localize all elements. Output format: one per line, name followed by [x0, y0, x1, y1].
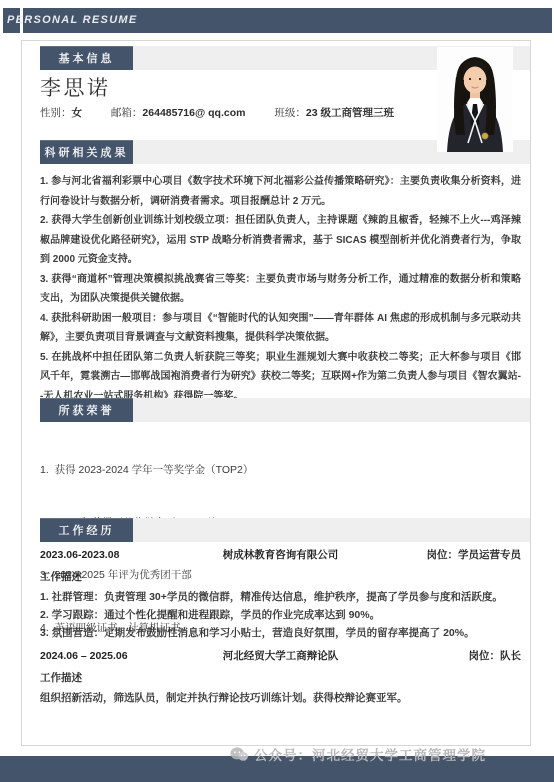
email-value: 264485716@ qq.com [142, 107, 245, 119]
job-details: 组织招新活动，筛选队员，制定并执行辩论技巧训练计划。获得校辩论赛亚军。 [40, 689, 521, 707]
honor-item: 1. 获得 2023-2024 学年一等奖学金（TOP2） [40, 462, 521, 480]
job-detail-item: 1. 社群管理：负责管理 30+学员的微信群，精准传达信息，维护秩序，提高了学员… [40, 588, 521, 606]
email-label: 邮箱： [111, 107, 143, 119]
research-item: 4. 获批科研助困一般项目：参与项目《“智能时代的认知突围”——青年群体 AI … [40, 309, 521, 348]
watermark-text: 公众号：河北经贸大学工商管理学院 [254, 744, 486, 764]
gender-value: 女 [72, 107, 83, 119]
work-experience-block: 2023.06-2023.08 树成林教育咨询有限公司 岗位：学员运营专员 工作… [40, 547, 521, 707]
basic-info-row: 性别：女 邮箱：264485716@ qq.com 班级：23 级工商管理三班 [40, 105, 420, 120]
research-list: 1. 参与河北省福利彩票中心项目《数字技术环境下河北福彩公益传播策略研究》：主要… [40, 172, 521, 406]
section-work-header: 工作经历 [22, 518, 530, 542]
job-period: 2024.06 – 2025.06 [40, 650, 170, 662]
class-field: 班级：23 级工商管理三班 [274, 107, 394, 119]
section-badge-basic-info: 基本信息 [40, 46, 133, 70]
email-field: 邮箱：264485716@ qq.com [111, 107, 246, 119]
watermark: 公众号：河北经贸大学工商管理学院 [230, 744, 486, 764]
job-details: 1. 社群管理：负责管理 30+学员的微信群，精准传达信息，维护秩序，提高了学员… [40, 588, 521, 642]
job-period: 2023.06-2023.08 [40, 549, 170, 561]
job-header-row: 2024.06 – 2025.06 河北经贸大学工商辩论队 岗位：队长 [40, 648, 521, 663]
job-detail-item: 组织招新活动，筛选队员，制定并执行辩论技巧训练计划。获得校辩论赛亚军。 [40, 689, 521, 707]
gender-label: 性别： [40, 107, 72, 119]
banner-title: PERSONAL RESUME [7, 8, 138, 33]
section-badge-work: 工作经历 [40, 518, 133, 542]
research-item: 2. 获得大学生创新创业训练计划校级立项：担任团队负责人，主持课题《辣韵且椒香，… [40, 211, 521, 270]
profile-photo [437, 47, 513, 152]
job-detail-item: 3. 氛围营造：定期发布鼓励性消息和学习小贴士，营造良好氛围，学员的留存率提高了… [40, 624, 521, 642]
section-honors-header: 所获荣誉 [22, 398, 530, 422]
section-badge-research: 科研相关成果 [40, 140, 133, 164]
job-header-row: 2023.06-2023.08 树成林教育咨询有限公司 岗位：学员运营专员 [40, 547, 521, 562]
candidate-name: 李思诺 [40, 72, 111, 102]
job-detail-item: 2. 学习跟踪：通过个性化提醒和进程跟踪，学员的作业完成率达到 90%。 [40, 606, 521, 624]
gender-field: 性别：女 [40, 107, 82, 119]
class-label: 班级： [274, 107, 306, 119]
job-company: 树成林教育咨询有限公司 [170, 547, 391, 562]
research-item: 1. 参与河北省福利彩票中心项目《数字技术环境下河北福彩公益传播策略研究》：主要… [40, 172, 521, 211]
wechat-icon [230, 747, 248, 762]
class-value: 23 级工商管理三班 [306, 107, 394, 119]
job-company: 河北经贸大学工商辩论队 [170, 648, 391, 663]
job-desc-label: 工作描述 [40, 569, 521, 584]
portrait-illustration [437, 47, 513, 152]
section-badge-honors: 所获荣誉 [40, 398, 133, 422]
job-desc-label: 工作描述 [40, 670, 521, 685]
job-position: 岗位：队长 [391, 648, 521, 663]
job-position: 岗位：学员运营专员 [391, 547, 521, 562]
research-item: 3. 获得“商道杯”管理决策模拟挑战赛省三等奖：主要负责市场与财务分析工作，通过… [40, 270, 521, 309]
resume-card: 基本信息 李思诺 性别：女 邮箱：264485716@ qq.com 班级：23… [21, 40, 531, 746]
